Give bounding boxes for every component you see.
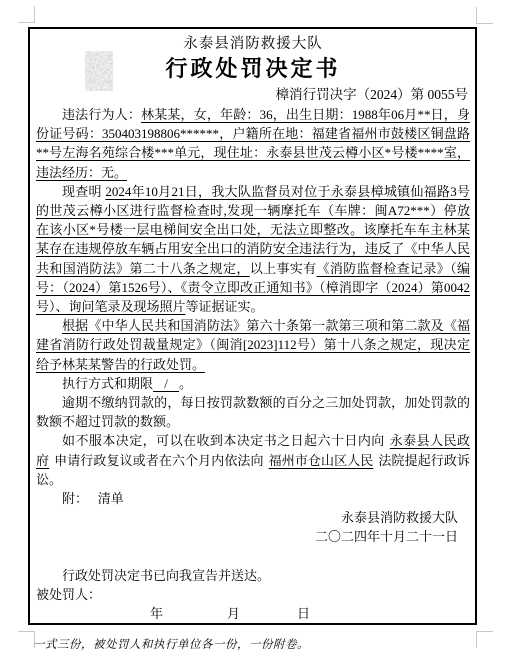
evidence-label: 以上事实有 — [250, 261, 317, 276]
offender-label: 违法行为人： — [62, 107, 141, 122]
appeal-part1: 如不服本决定，可以在收到本决定书之日起六十日内向 — [62, 433, 385, 448]
findings-label: 现查明 — [62, 184, 102, 199]
appeal-part2: 申请行政复议或者在六个月内依法向 — [54, 453, 264, 468]
signature-agency: 永泰县消防救援大队 — [36, 508, 470, 527]
decision-paragraph: 根据《中华人民共和国消防法》第六十条第一款第三项和第二款及《福建省消防行政处罚裁… — [36, 316, 470, 374]
delivery-statement: 行政处罚决定书已向我宣告并送达。 — [36, 566, 470, 585]
signature-date-blanks: 年月日 — [36, 604, 470, 623]
document-page: 永泰县消防救援大队 行政处罚决定书 樟消行罚决字（2024）第 0055号 违法… — [0, 0, 506, 669]
stamp-icon — [85, 51, 113, 91]
signature-date: 二〇二四年十月二十一日 — [36, 527, 470, 546]
appeal-paragraph: 如不服本决定，可以在收到本决定书之日起六十日内向永泰县人民政府申请行政复议或者在… — [36, 431, 470, 489]
late-penalty-paragraph: 逾期不缴纳罚款的，每日按罚款数额的百分之三加处罚款，加处罚款的数额不超过罚款的数… — [36, 393, 470, 431]
offender-paragraph: 违法行为人：林某某，女，年龄：36，出生日期：1988年06月**日，身份证号码… — [36, 105, 470, 182]
copies-footnote: 一式三份，被处罚人和执行单位各一份，一份附卷。 — [33, 636, 309, 652]
evidence-tail: 等证据证实。 — [186, 299, 264, 314]
decision-text: 根据《中华人民共和国消防法》第六十条第一款第三项和第二款及《福建省消防行政处罚裁… — [36, 318, 470, 371]
execution-value: / — [153, 377, 179, 392]
year-label: 年 — [150, 606, 163, 621]
crop-mark-top-right — [476, 7, 493, 24]
crop-mark-bottom-right — [476, 631, 493, 648]
execution-paragraph: 执行方式和期限/。 — [36, 374, 470, 393]
month-label: 月 — [227, 606, 240, 621]
blank-line — [36, 547, 470, 566]
penalty-decision-document: 永泰县消防救援大队 行政处罚决定书 樟消行罚决字（2024）第 0055号 违法… — [28, 27, 477, 625]
findings-paragraph: 现查明 2024年10月21日，我大队监督员对位于永泰县樟城镇仙福路3号的世茂云… — [36, 182, 470, 316]
document-body: 违法行为人：林某某，女，年龄：36，出生日期：1988年06月**日，身份证号码… — [36, 105, 470, 623]
punished-party-label: 被处罚人： — [36, 585, 470, 604]
crop-mark-top-left — [18, 6, 35, 23]
execution-label: 执行方式和期限 — [62, 376, 153, 391]
appeal-court-organ: 福州市仓山区人民 — [269, 453, 374, 468]
day-label: 日 — [297, 606, 310, 621]
attachment-line: 附： 清单 — [36, 489, 470, 508]
execution-tail: 。 — [179, 376, 192, 391]
